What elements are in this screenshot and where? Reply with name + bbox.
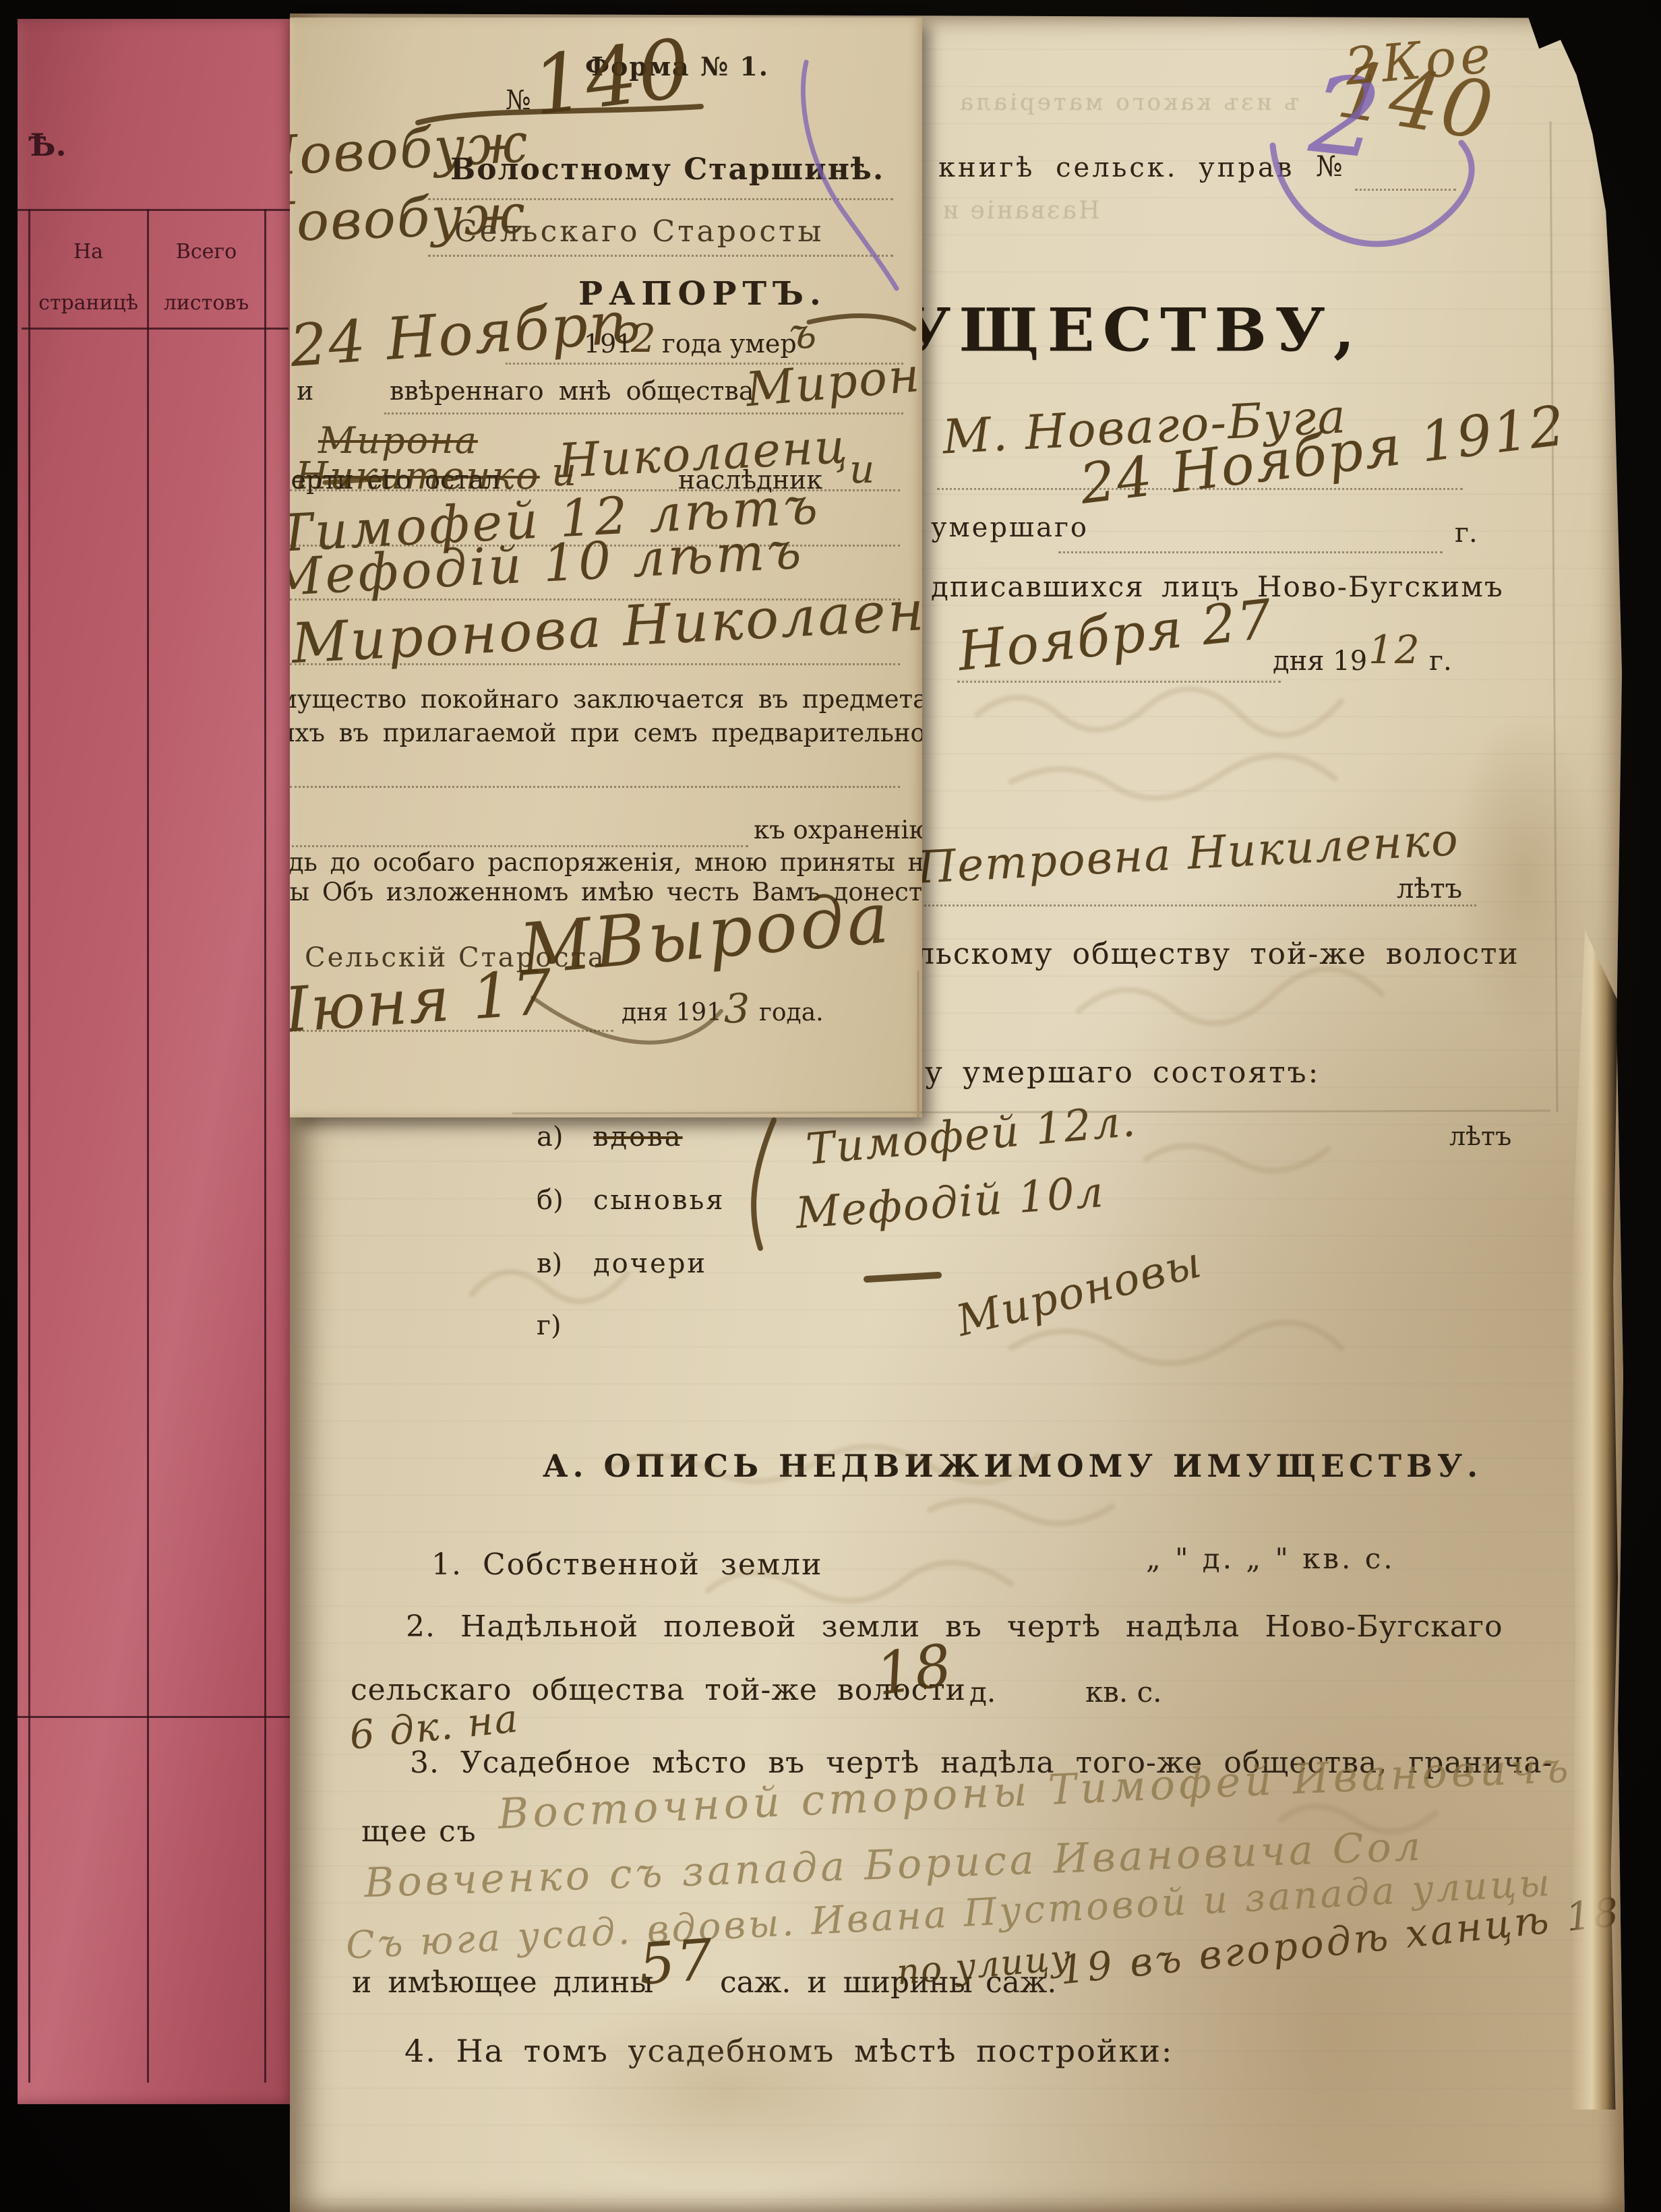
family-a-text: вдова bbox=[593, 1122, 683, 1153]
section-a-heading: А. ОПИСЬ НЕДВИЖИМОМУ ИМУЩЕСТВУ. bbox=[543, 1448, 1482, 1484]
slip-dotted-8 bbox=[290, 663, 900, 665]
slip-printed-society: ввѣреннаго мнѣ общества bbox=[390, 376, 754, 406]
slip-printed-left: мерти его остал bbox=[290, 465, 500, 495]
family-b-label: б) bbox=[537, 1185, 564, 1216]
printed-society2: льскому обществу той-же волости bbox=[915, 937, 1519, 971]
book-cover: Ѣ. На страницѣ Всего листовъ bbox=[18, 19, 295, 2104]
slip-sender: Сельскаго Старосты bbox=[454, 214, 824, 249]
printed-family-heading: у умершаго состоятъ: bbox=[925, 1055, 1320, 1090]
slip-printed-prop1: мущество покойнаго заключается въ предме… bbox=[290, 685, 922, 714]
slip-dotted-11 bbox=[290, 1030, 613, 1032]
page-torn-edge bbox=[1571, 930, 1618, 2110]
register-dotted-line bbox=[1355, 189, 1456, 191]
slip-printed-meas1: едь до особаго распоряженія, мною принят… bbox=[290, 848, 922, 877]
hw-desiatin: 18 bbox=[872, 1632, 957, 1709]
item3-line2: щее съ bbox=[361, 1814, 477, 1849]
family-v-label: в) bbox=[537, 1248, 562, 1279]
slip-addressee: Волостному Старшинѣ. bbox=[450, 152, 884, 187]
deceased-dotted-line bbox=[1058, 551, 1443, 553]
slip-dotted-10 bbox=[290, 845, 748, 847]
cover-col2-header: Всего листовъ bbox=[150, 226, 263, 329]
slip-dotted-2 bbox=[428, 255, 893, 257]
slip-printed-guard: къ охраненію bbox=[754, 816, 922, 844]
cover-col2-line2: листовъ bbox=[150, 278, 263, 329]
item2-d: д. bbox=[969, 1676, 996, 1709]
slip-dotted-4 bbox=[384, 412, 903, 414]
family-g-label: г) bbox=[537, 1310, 562, 1341]
printed-g2: г. bbox=[1429, 646, 1452, 677]
item2-kv: кв. с. bbox=[1085, 1676, 1161, 1709]
cover-rule-middle bbox=[18, 1716, 295, 1718]
date2-dotted-line bbox=[957, 681, 1281, 683]
cover-col1-header: На страницѣ bbox=[31, 226, 146, 329]
slip-dotted-9 bbox=[290, 786, 900, 788]
slip-printed-day: дня 191 bbox=[622, 999, 722, 1026]
archival-document-photo: Ѣ. На страницѣ Всего листовъ ъ изъ каког… bbox=[0, 0, 1661, 2212]
register-line: книгѣ сельск. управ bbox=[938, 152, 1294, 183]
slip-year-prefix: 191 bbox=[584, 329, 633, 359]
cover-col1-line2: страницѣ bbox=[31, 278, 146, 329]
item1-units: „ " д. „ " кв. с. bbox=[1146, 1542, 1395, 1575]
cover-vline-left bbox=[28, 209, 30, 2083]
slip-printed-prop2: ыхъ въ прилагаемой при семъ предваритель… bbox=[290, 718, 922, 747]
item3-sazh2: саж. bbox=[986, 1965, 1056, 2000]
item2-line1: 2. Надѣльной полевой земли въ чертѣ надѣ… bbox=[406, 1609, 1503, 1644]
cover-col2-line1: Всего bbox=[150, 226, 263, 278]
slip-hw-year2: 3 bbox=[724, 985, 751, 1033]
slip-no-value: 140 bbox=[527, 22, 696, 134]
hw-length: 57 bbox=[637, 1926, 716, 1997]
cover-vline-center bbox=[147, 209, 149, 2083]
page-heading-fragment: УЩЕСТВУ, bbox=[901, 295, 1363, 365]
slip-hw-died-suffix: ъ bbox=[789, 309, 818, 358]
printed-let2: лѣтъ bbox=[1449, 1122, 1511, 1151]
item3-length-label: и имѣющее длины bbox=[352, 1965, 653, 2000]
widow-dotted-line bbox=[917, 904, 1476, 907]
cover-vline-right bbox=[264, 209, 266, 2083]
printed-deceased: умершаго bbox=[931, 512, 1089, 543]
slip-printed-and: и bbox=[297, 376, 313, 406]
stain-right-middle bbox=[1449, 708, 1598, 1045]
cover-corner-label: Ѣ. bbox=[28, 127, 67, 163]
hw-year3: 12 bbox=[1368, 627, 1421, 673]
ghost-print-line1: ъ изъ какого матеріала bbox=[957, 89, 1299, 116]
report-slip: Форма № 1. № 140 Новобуж Волостному Стар… bbox=[290, 18, 922, 1117]
cover-col1-line1: На bbox=[31, 226, 146, 278]
ghost-print-line2: Названіе и bbox=[940, 197, 1099, 224]
family-a-label: а) bbox=[537, 1122, 563, 1153]
item2-line2: сельскаго общества той-же волости bbox=[351, 1673, 966, 1707]
slip-printed-died: года умер bbox=[662, 329, 797, 359]
item1-text: 1. Собственной земли bbox=[431, 1547, 822, 1582]
stain-bottom-center bbox=[539, 1988, 917, 2190]
family-b-text: сыновья bbox=[593, 1185, 725, 1216]
slip-printed-year-end: года. bbox=[759, 999, 824, 1026]
printed-day2: дня 19 bbox=[1273, 646, 1367, 677]
slip-hw-year-digit: 2 bbox=[631, 315, 657, 361]
slip-hw-i2: и bbox=[849, 446, 876, 492]
cover-rule-top bbox=[18, 209, 295, 211]
printed-g1: г. bbox=[1455, 518, 1478, 549]
family-v-text: дочери bbox=[593, 1248, 707, 1279]
